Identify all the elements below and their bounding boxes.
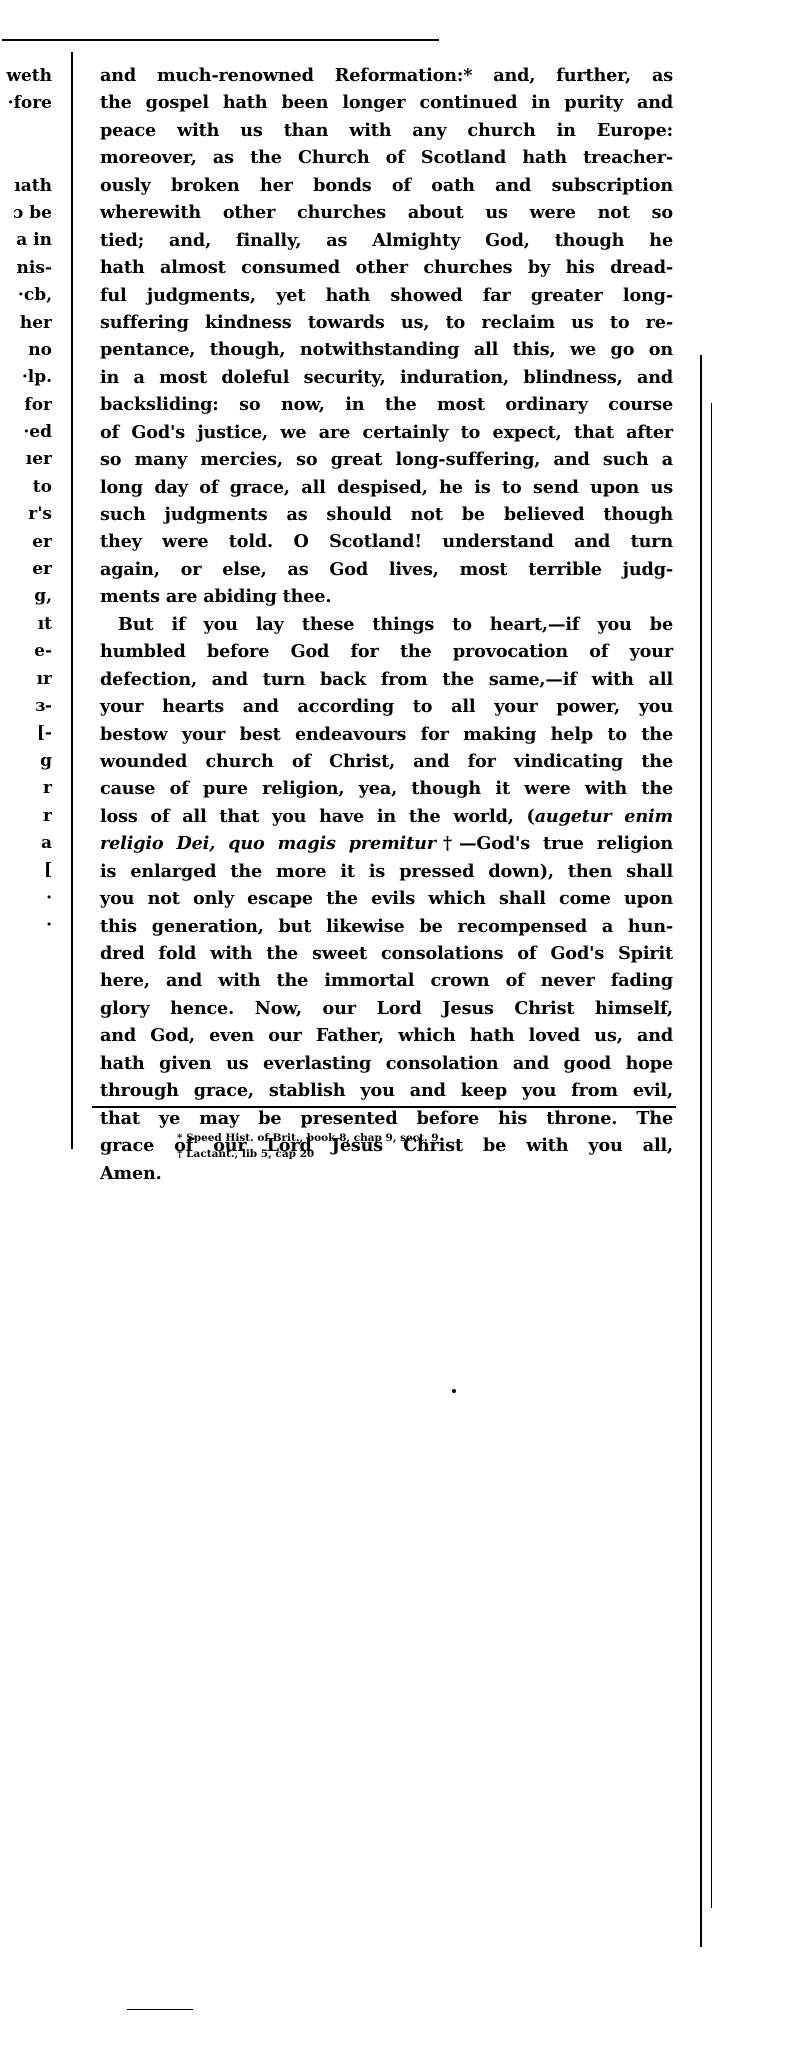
text-line: dred fold with the sweet consolations of… bbox=[100, 940, 673, 967]
main-text-column: and much-renowned Reformation:* and, fur… bbox=[100, 62, 673, 1187]
text-line: and God, even our Father, which hath lov… bbox=[100, 1022, 673, 1049]
fragment-line: her bbox=[0, 310, 52, 337]
text-line: glory hence. Now, our Lord Jesus Christ … bbox=[100, 995, 673, 1022]
text-line: they were told. O Scotland! understand a… bbox=[100, 528, 673, 555]
fragment-line: g bbox=[0, 748, 52, 775]
latin-quote: religio Dei, quo magis premitur bbox=[100, 833, 436, 854]
header-rule bbox=[2, 39, 439, 41]
fragment-line: ıt bbox=[0, 611, 52, 638]
paragraph-end-line: ments are abiding thee. bbox=[100, 583, 673, 610]
text-line: ously broken her bonds of oath and subsc… bbox=[100, 172, 673, 199]
text-line: this generation, but likewise be recompe… bbox=[100, 913, 673, 940]
text-line: defection, and turn back from the same,—… bbox=[100, 666, 673, 693]
text-line: your hearts and according to all your po… bbox=[100, 693, 673, 720]
text-line: through grace, stablish you and keep you… bbox=[100, 1077, 673, 1104]
fragment-line: er bbox=[0, 529, 52, 556]
right-margin-rule-inner bbox=[711, 403, 712, 1908]
fragment-line: ·fore bbox=[0, 90, 52, 117]
text-line: the gospel hath been longer continued in… bbox=[100, 89, 673, 116]
scanned-page: weth ·fore ıath ɔ be a in nis- ·cb, her … bbox=[0, 0, 807, 2062]
fragment-line: a bbox=[0, 830, 52, 857]
text-line: in a most doleful security, induration, … bbox=[100, 364, 673, 391]
fragment-line: [- bbox=[0, 720, 52, 747]
text-segment: †—God's true religion bbox=[436, 833, 673, 854]
fragment-line bbox=[0, 145, 52, 172]
text-line: backsliding: so now, in the most ordinar… bbox=[100, 391, 673, 418]
scan-speck bbox=[452, 1389, 456, 1393]
text-line: you not only escape the evils which shal… bbox=[100, 885, 673, 912]
text-line: is enlarged the more it is pressed down)… bbox=[100, 858, 673, 885]
text-line: that ye may be presented before his thro… bbox=[100, 1105, 673, 1132]
text-line: cause of pure religion, yea, though it w… bbox=[100, 775, 673, 802]
fragment-line: weth bbox=[0, 63, 52, 90]
text-line: and much-renowned Reformation:* and, fur… bbox=[100, 62, 673, 89]
fragment-line: [ bbox=[0, 857, 52, 884]
fragment-line: ·ed bbox=[0, 419, 52, 446]
text-line: ful judgments, yet hath showed far great… bbox=[100, 282, 673, 309]
fragment-line: e- bbox=[0, 638, 52, 665]
fragment-line: ·cb, bbox=[0, 282, 52, 309]
fragment-line: ·lp. bbox=[0, 364, 52, 391]
fragment-line: a in bbox=[0, 227, 52, 254]
paragraph-start-line: But if you lay these things to heart,—if… bbox=[100, 611, 673, 638]
fragment-line: ıath bbox=[0, 173, 52, 200]
text-line: humbled before God for the provocation o… bbox=[100, 638, 673, 665]
fragment-line: to bbox=[0, 474, 52, 501]
text-line: pentance, though, notwithstanding all th… bbox=[100, 336, 673, 363]
text-line: hath given us everlasting consolation an… bbox=[100, 1050, 673, 1077]
text-segment: loss of all that you have in the world, … bbox=[100, 806, 535, 827]
fragment-line: r's bbox=[0, 501, 52, 528]
fragment-line: g, bbox=[0, 583, 52, 610]
left-column-fragments: weth ·fore ıath ɔ be a in nis- ·cb, her … bbox=[0, 63, 52, 940]
column-divider-rule bbox=[71, 52, 73, 1149]
fragment-line: ɔ be bbox=[0, 200, 52, 227]
text-line: such judgments as should not be believed… bbox=[100, 501, 673, 528]
text-line-with-latin: religio Dei, quo magis premitur†—God's t… bbox=[100, 830, 673, 857]
fragment-line: · bbox=[0, 912, 52, 939]
text-line: again, or else, as God lives, most terri… bbox=[100, 556, 673, 583]
text-line: of God's justice, we are certainly to ex… bbox=[100, 419, 673, 446]
closing-line: Amen. bbox=[100, 1160, 673, 1187]
footnote-dagger: † Lactant., lib 5, cap 20 bbox=[177, 1146, 439, 1162]
right-margin-rule-outer bbox=[700, 355, 702, 1947]
text-line: bestow your best endeavours for making h… bbox=[100, 721, 673, 748]
text-line-with-latin: loss of all that you have in the world, … bbox=[100, 803, 673, 830]
fragment-line bbox=[0, 118, 52, 145]
footnotes: * Speed Hist. of Brit., book 8, chap 9, … bbox=[177, 1130, 439, 1162]
fragment-line: r bbox=[0, 803, 52, 830]
text-line: long day of grace, all despised, he is t… bbox=[100, 474, 673, 501]
text-line: peace with us than with any church in Eu… bbox=[100, 117, 673, 144]
text-line: so many mercies, so great long-suffering… bbox=[100, 446, 673, 473]
bottom-stub-rule bbox=[127, 2009, 193, 2010]
text-line: wounded church of Christ, and for vindic… bbox=[100, 748, 673, 775]
text-line: tied; and, finally, as Almighty God, tho… bbox=[100, 227, 673, 254]
text-line: moreover, as the Church of Scotland hath… bbox=[100, 144, 673, 171]
fragment-line: er bbox=[0, 556, 52, 583]
text-line: here, and with the immortal crown of nev… bbox=[100, 967, 673, 994]
fragment-line: nis- bbox=[0, 255, 52, 282]
text-line: suffering kindness towards us, to reclai… bbox=[100, 309, 673, 336]
fragment-line: ıer bbox=[0, 446, 52, 473]
fragment-line: ır bbox=[0, 666, 52, 693]
text-line: wherewith other churches about us were n… bbox=[100, 199, 673, 226]
footnote-asterisk: * Speed Hist. of Brit., book 8, chap 9, … bbox=[177, 1130, 439, 1146]
fragment-line: no bbox=[0, 337, 52, 364]
text-line: hath almost consumed other churches by h… bbox=[100, 254, 673, 281]
fragment-line: for bbox=[0, 392, 52, 419]
fragment-line: ɜ- bbox=[0, 693, 52, 720]
fragment-line: · bbox=[0, 885, 52, 912]
latin-quote: augetur enim bbox=[535, 806, 673, 827]
footnote-separator-rule bbox=[92, 1106, 676, 1108]
fragment-line: r bbox=[0, 775, 52, 802]
